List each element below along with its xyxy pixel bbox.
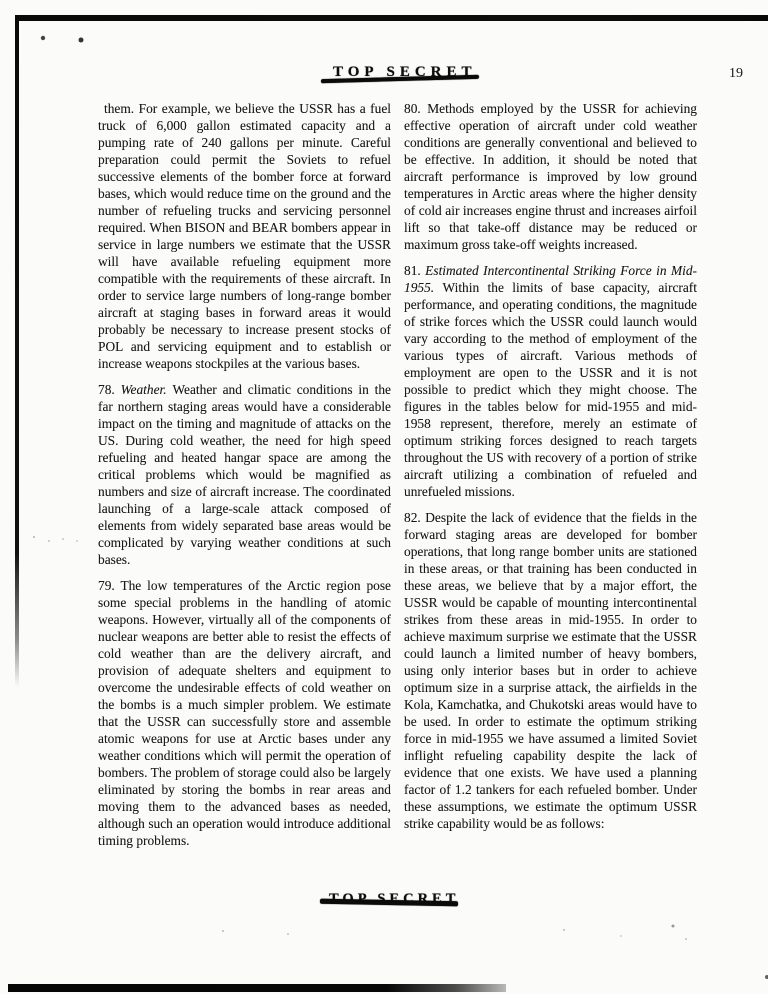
scanned-document-page: { "header": { "classification": "TOP SEC… <box>0 0 768 994</box>
paragraph-text: The low temperatures of the Arctic regio… <box>98 578 391 848</box>
paragraph-78: 78. Weather. Weather and climatic condit… <box>98 381 391 568</box>
document-body: them. For example, we believe the USSR h… <box>98 100 698 858</box>
scan-specks <box>0 0 2 2</box>
paragraph-italic-lead: Weather. <box>121 382 173 397</box>
paragraph-number: 78. <box>98 382 121 397</box>
paragraph-continuation: them. For example, we believe the USSR h… <box>98 100 391 372</box>
paragraph-number: 79. <box>98 578 120 593</box>
scan-border-left <box>15 15 19 687</box>
scan-border-top <box>15 15 768 21</box>
paragraph-text: Methods employed by the USSR for achievi… <box>404 101 697 252</box>
paragraph-79: 79. The low temperatures of the Arctic r… <box>98 577 391 849</box>
scan-edge-bar <box>8 984 506 992</box>
paragraph-number: 81. <box>404 263 425 278</box>
paragraph-81: 81. Estimated Intercontinental Striking … <box>404 262 697 500</box>
paragraph-text: them. For example, we believe the USSR h… <box>98 101 391 371</box>
paragraph-text: Despite the lack of evidence that the fi… <box>404 510 697 831</box>
paragraph-80: 80. Methods employed by the USSR for ach… <box>404 100 697 253</box>
paragraph-82: 82. Despite the lack of evidence that th… <box>404 509 697 832</box>
right-column: 80. Methods employed by the USSR for ach… <box>404 100 697 858</box>
page-number: 19 <box>729 66 743 82</box>
paragraph-number: 80. <box>404 101 427 116</box>
left-column: them. For example, we believe the USSR h… <box>98 100 391 858</box>
paragraph-number: 82. <box>404 510 425 525</box>
paragraph-text: Within the limits of base capacity, airc… <box>404 280 697 499</box>
paragraph-text: Weather and climatic conditions in the f… <box>98 382 391 567</box>
